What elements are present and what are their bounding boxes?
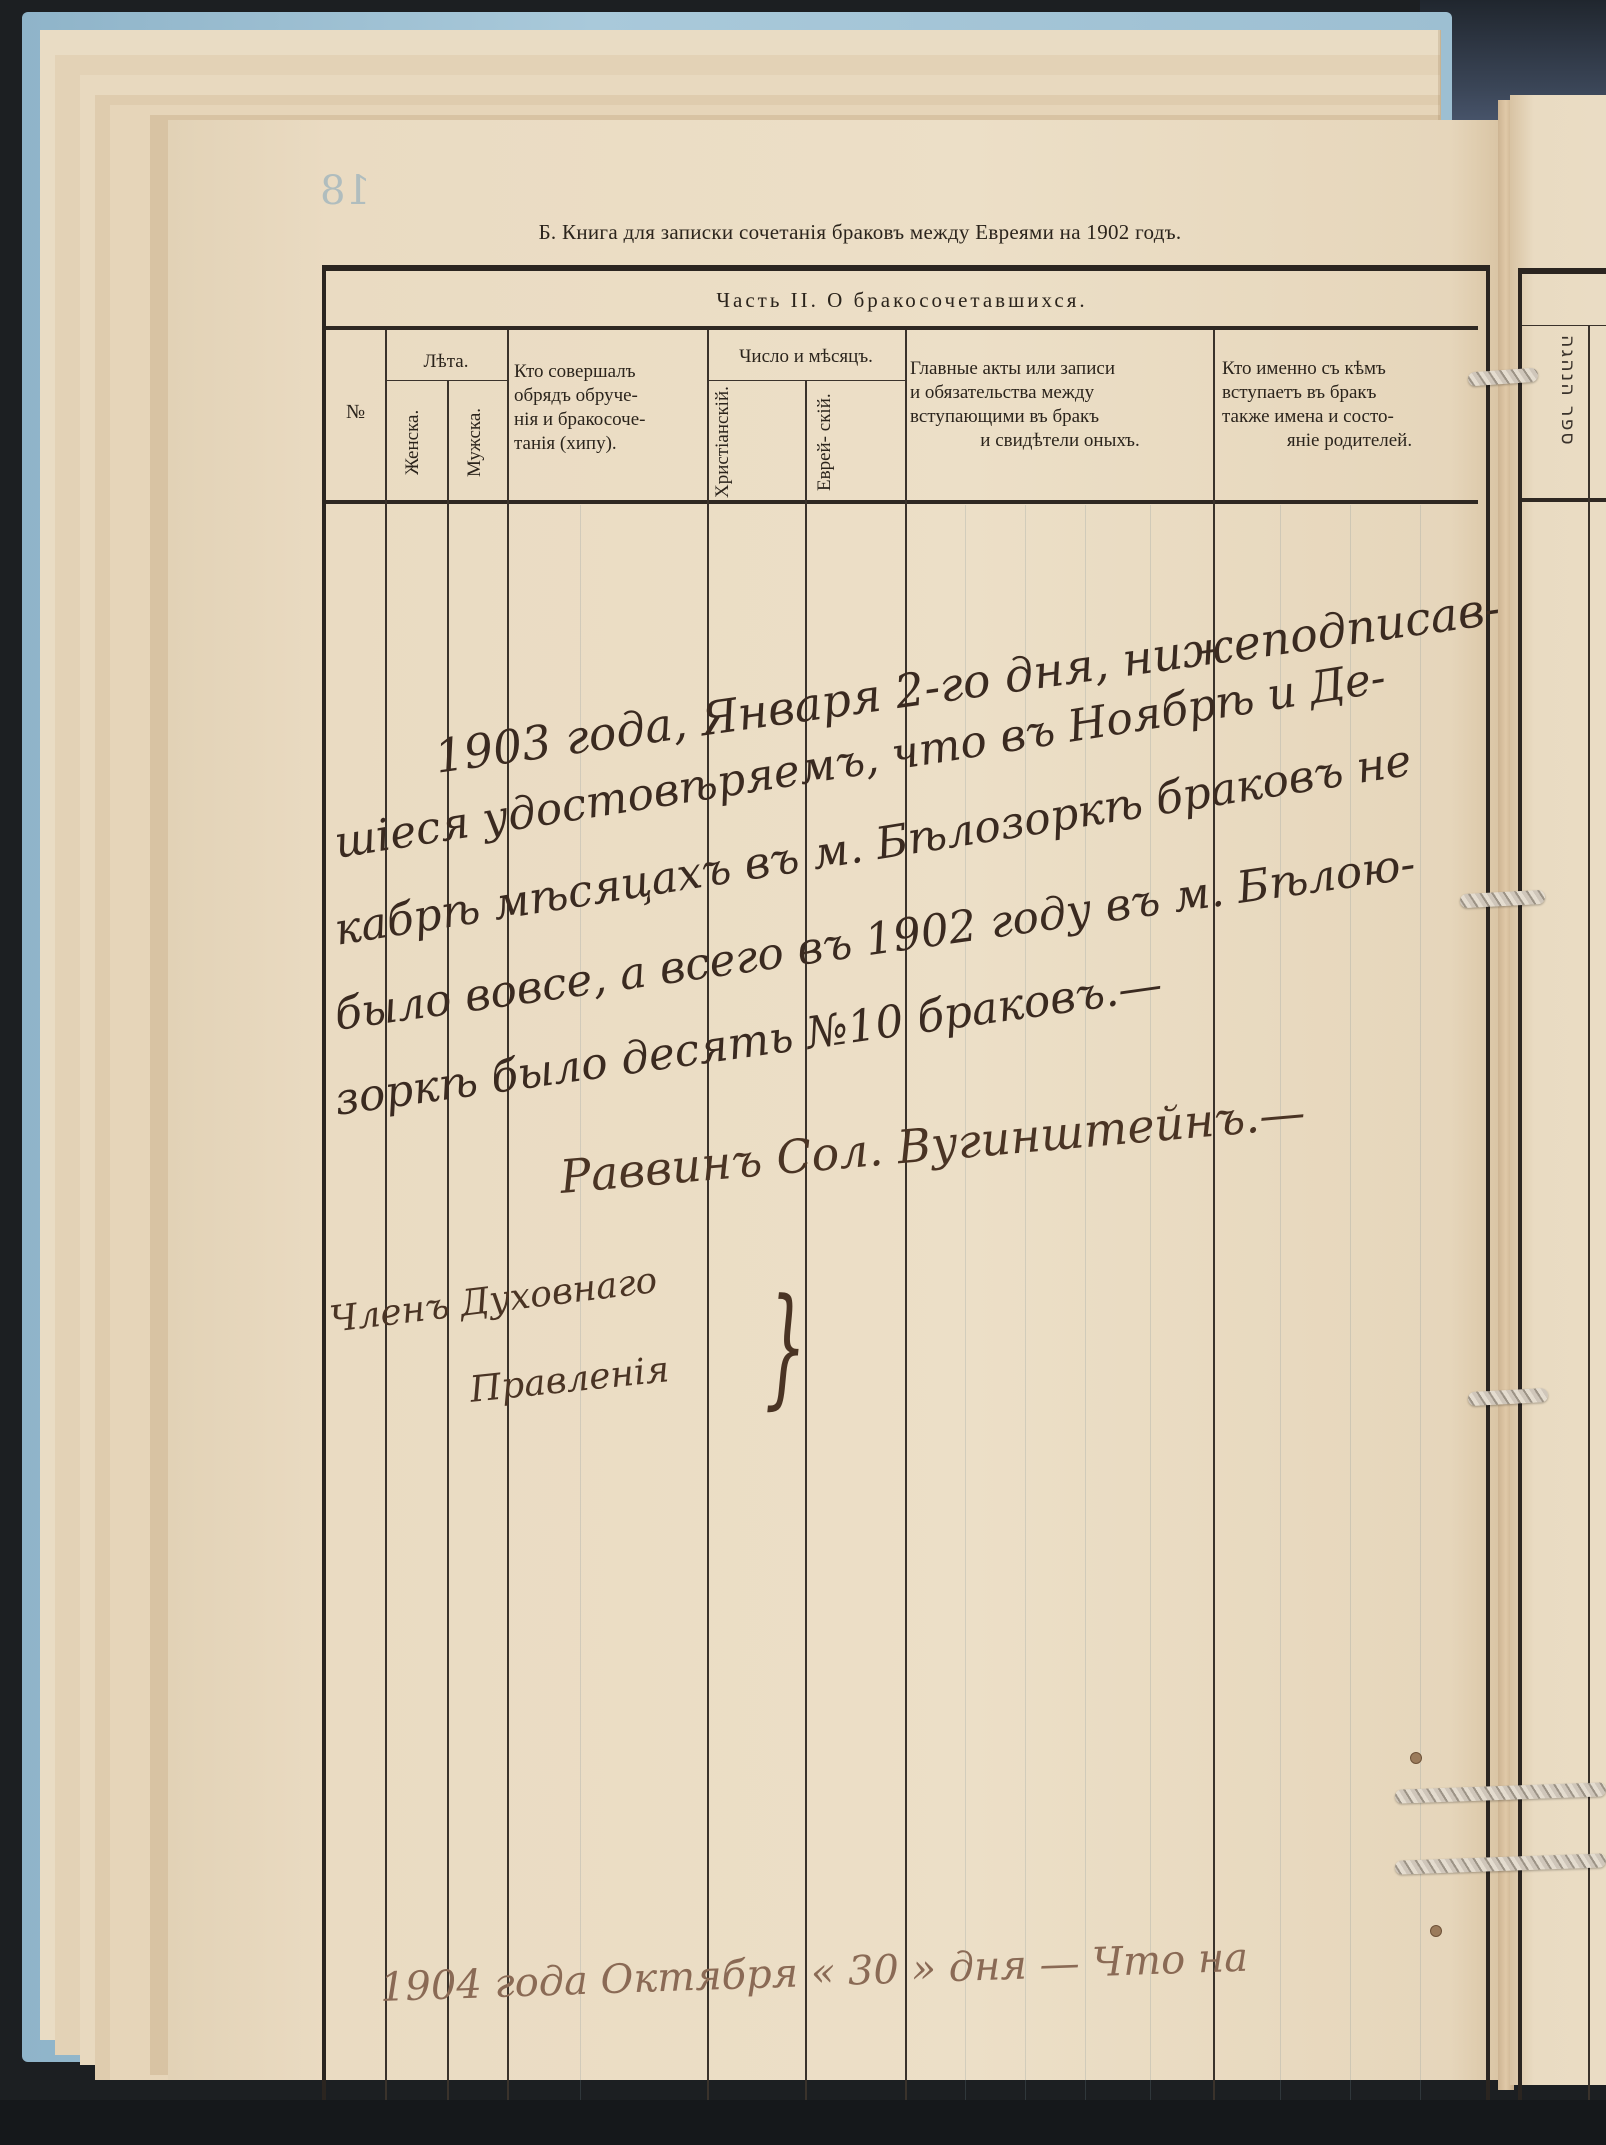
column-line <box>1213 330 1215 2100</box>
acts-header-line: и обязательства между <box>910 381 1210 405</box>
parties-header-line: Кто именно съ кѣмъ <box>1222 357 1477 381</box>
facing-rule <box>1522 498 1606 502</box>
book-title: Б. Книга для записки сочетанія браковъ м… <box>230 220 1490 245</box>
col-ages-header: Лѣта. <box>385 350 507 374</box>
acts-header-line: и свидѣтели оныхъ. <box>910 429 1210 453</box>
column-line <box>805 380 807 2100</box>
curly-brace: } <box>765 1270 806 1422</box>
col-officiant-header: Кто совершалъ обрядъ обруче- нія и брако… <box>514 360 704 456</box>
parties-header-line: вступаетъ въ бракъ <box>1222 381 1477 405</box>
binding-hole <box>1430 1925 1442 1937</box>
col-parties-header: Кто именно съ кѣмъ вступаетъ въ бракъ та… <box>1222 357 1477 453</box>
officiant-header-line: нія и бракосоче- <box>514 408 704 432</box>
column-line <box>905 330 907 2100</box>
facing-hebrew-label: ספר הנהגה <box>1545 335 1579 485</box>
col-acts-header: Главные акты или записи и обязательства … <box>910 357 1210 453</box>
parties-header-line: яніе родителей. <box>1222 429 1477 453</box>
column-line <box>507 330 509 2100</box>
column-line <box>707 330 709 2100</box>
facing-column-line <box>1588 325 1590 2105</box>
col-number-header: № <box>326 400 385 424</box>
officiant-header-line: танія (хипу). <box>514 432 704 456</box>
page-number: 18 <box>320 168 371 214</box>
col-date-christian-header: Христіанскій. <box>712 386 758 498</box>
col-age-female-header: Женска. <box>402 388 424 496</box>
part-title: Часть II. О бракосочетавшихся. <box>326 288 1478 313</box>
col-date-jewish-header: Еврей- скій. <box>814 388 860 496</box>
faint-ruling <box>1150 505 1151 2100</box>
officiant-header-line: обрядъ обруче- <box>514 384 704 408</box>
facing-page-table-frame <box>1518 268 1606 2104</box>
binding-hole <box>1410 1752 1422 1764</box>
faint-ruling <box>1280 505 1281 2100</box>
ages-subrule <box>385 380 507 381</box>
table-surface <box>0 2100 1606 2145</box>
column-line <box>385 330 387 2100</box>
column-line <box>447 380 449 2100</box>
header-rule-top <box>326 326 1478 330</box>
facing-rule <box>1522 325 1606 326</box>
acts-header-line: вступающими въ бракъ <box>910 405 1210 429</box>
parties-header-line: также имена и состо- <box>1222 405 1477 429</box>
acts-header-line: Главные акты или записи <box>910 357 1210 381</box>
header-rule-bottom <box>326 500 1478 504</box>
officiant-header-line: Кто совершалъ <box>514 360 704 384</box>
col-date-header: Число и мѣсяцъ. <box>707 345 905 369</box>
col-age-male-header: Мужска. <box>464 388 486 496</box>
